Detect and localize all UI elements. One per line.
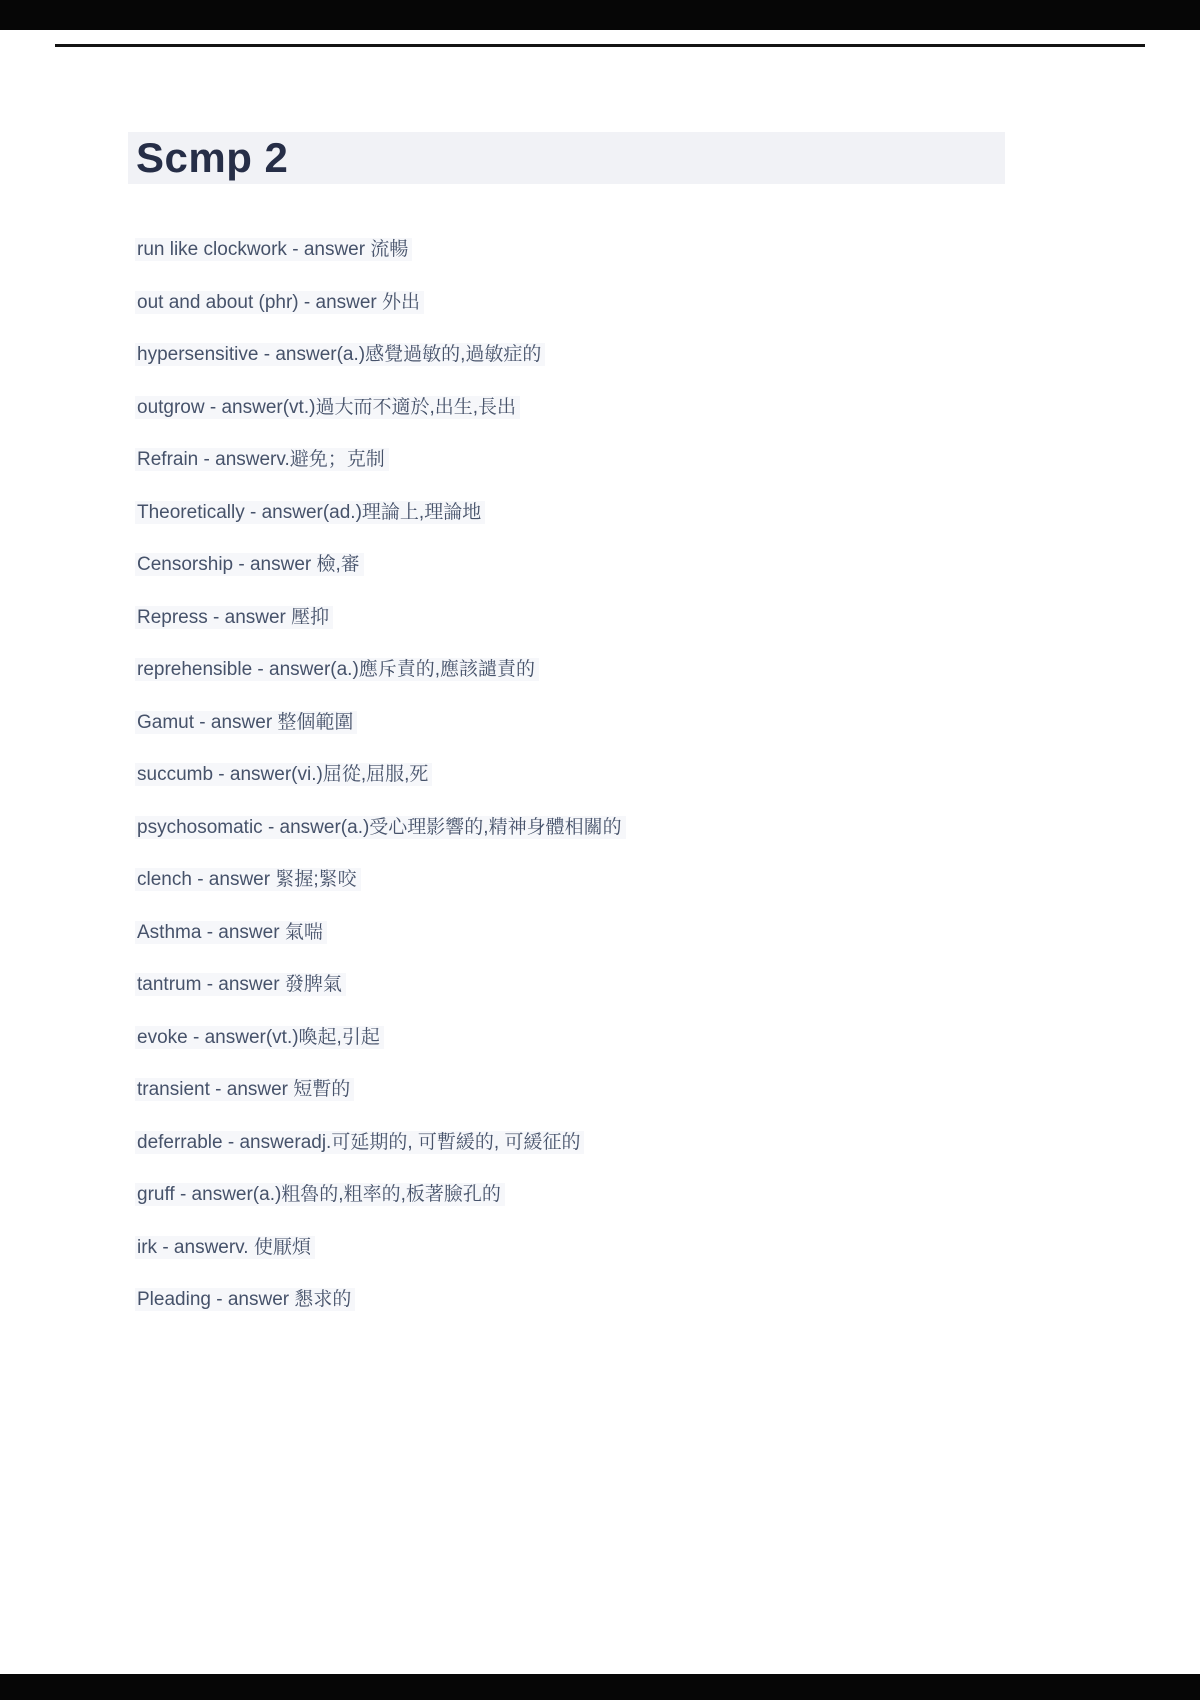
vocab-entry-text: gruff - answer(a.)粗魯的,粗率的,板著臉孔的 (135, 1183, 505, 1206)
vocab-entry: Asthma - answer 氣喘 (135, 921, 1115, 945)
vocab-entry-text: Pleading - answer 懇求的 (135, 1288, 355, 1311)
vocab-entry-text: evoke - answer(vt.)喚起,引起 (135, 1026, 384, 1049)
vocab-entry: hypersensitive - answer(a.)感覺過敏的,過敏症的 (135, 343, 1115, 367)
vocab-entry: outgrow - answer(vt.)過大而不適於,出生,長出 (135, 396, 1115, 420)
vocab-entry: Refrain - answerv.避免；克制 (135, 448, 1115, 472)
vocab-entry: Theoretically - answer(ad.)理論上,理論地 (135, 501, 1115, 525)
vocab-entry: clench - answer 緊握;緊咬 (135, 868, 1115, 892)
vocab-entry: run like clockwork - answer 流暢 (135, 238, 1115, 262)
vocab-entry: reprehensible - answer(a.)應斥責的,應該譴責的 (135, 658, 1115, 682)
vocab-entry-text: Repress - answer 壓抑 (135, 606, 333, 629)
vocab-entry-text: outgrow - answer(vt.)過大而不適於,出生,長出 (135, 396, 520, 419)
top-frame-bar (0, 0, 1200, 30)
vocab-entry-text: succumb - answer(vi.)屈從,屈服,死 (135, 763, 432, 786)
vocab-entry-text: Theoretically - answer(ad.)理論上,理論地 (135, 501, 485, 524)
vocab-entry: gruff - answer(a.)粗魯的,粗率的,板著臉孔的 (135, 1183, 1115, 1207)
vocab-entry: Repress - answer 壓抑 (135, 606, 1115, 630)
vocab-entry-text: Censorship - answer 檢,審 (135, 553, 364, 576)
vocab-entry-text: hypersensitive - answer(a.)感覺過敏的,過敏症的 (135, 343, 545, 366)
vocab-entry: psychosomatic - answer(a.)受心理影響的,精神身體相關的 (135, 816, 1115, 840)
vocab-entry-text: deferrable - answeradj.可延期的, 可暫緩的, 可緩征的 (135, 1131, 584, 1154)
vocab-entry: transient - answer 短暫的 (135, 1078, 1115, 1102)
header-divider-line (55, 44, 1145, 47)
vocab-entry-text: out and about (phr) - answer 外出 (135, 291, 424, 314)
page-title: Scmp 2 (128, 132, 1005, 184)
vocab-entry-text: Gamut - answer 整個範圍 (135, 711, 357, 734)
vocab-entry: evoke - answer(vt.)喚起,引起 (135, 1026, 1115, 1050)
vocab-entry-text: transient - answer 短暫的 (135, 1078, 354, 1101)
vocab-entry: tantrum - answer 發脾氣 (135, 973, 1115, 997)
vocab-entry-text: reprehensible - answer(a.)應斥責的,應該譴責的 (135, 658, 539, 681)
vocab-entry: irk - answerv. 使厭煩 (135, 1236, 1115, 1260)
vocab-entry: Gamut - answer 整個範圍 (135, 711, 1115, 735)
vocab-entry-text: run like clockwork - answer 流暢 (135, 238, 412, 261)
vocab-entry-text: irk - answerv. 使厭煩 (135, 1236, 315, 1259)
vocab-entry: Censorship - answer 檢,審 (135, 553, 1115, 577)
vocab-entry-text: psychosomatic - answer(a.)受心理影響的,精神身體相關的 (135, 816, 626, 839)
vocab-entry-text: Asthma - answer 氣喘 (135, 921, 327, 944)
vocab-entry-text: Refrain - answerv.避免；克制 (135, 448, 389, 471)
bottom-frame-bar (0, 1674, 1200, 1700)
vocab-list: run like clockwork - answer 流暢 out and a… (135, 238, 1115, 1341)
vocab-entry: succumb - answer(vi.)屈從,屈服,死 (135, 763, 1115, 787)
vocab-entry-text: clench - answer 緊握;緊咬 (135, 868, 361, 891)
vocab-entry: out and about (phr) - answer 外出 (135, 291, 1115, 315)
vocab-entry: deferrable - answeradj.可延期的, 可暫緩的, 可緩征的 (135, 1131, 1115, 1155)
vocab-entry-text: tantrum - answer 發脾氣 (135, 973, 346, 996)
vocab-entry: Pleading - answer 懇求的 (135, 1288, 1115, 1312)
